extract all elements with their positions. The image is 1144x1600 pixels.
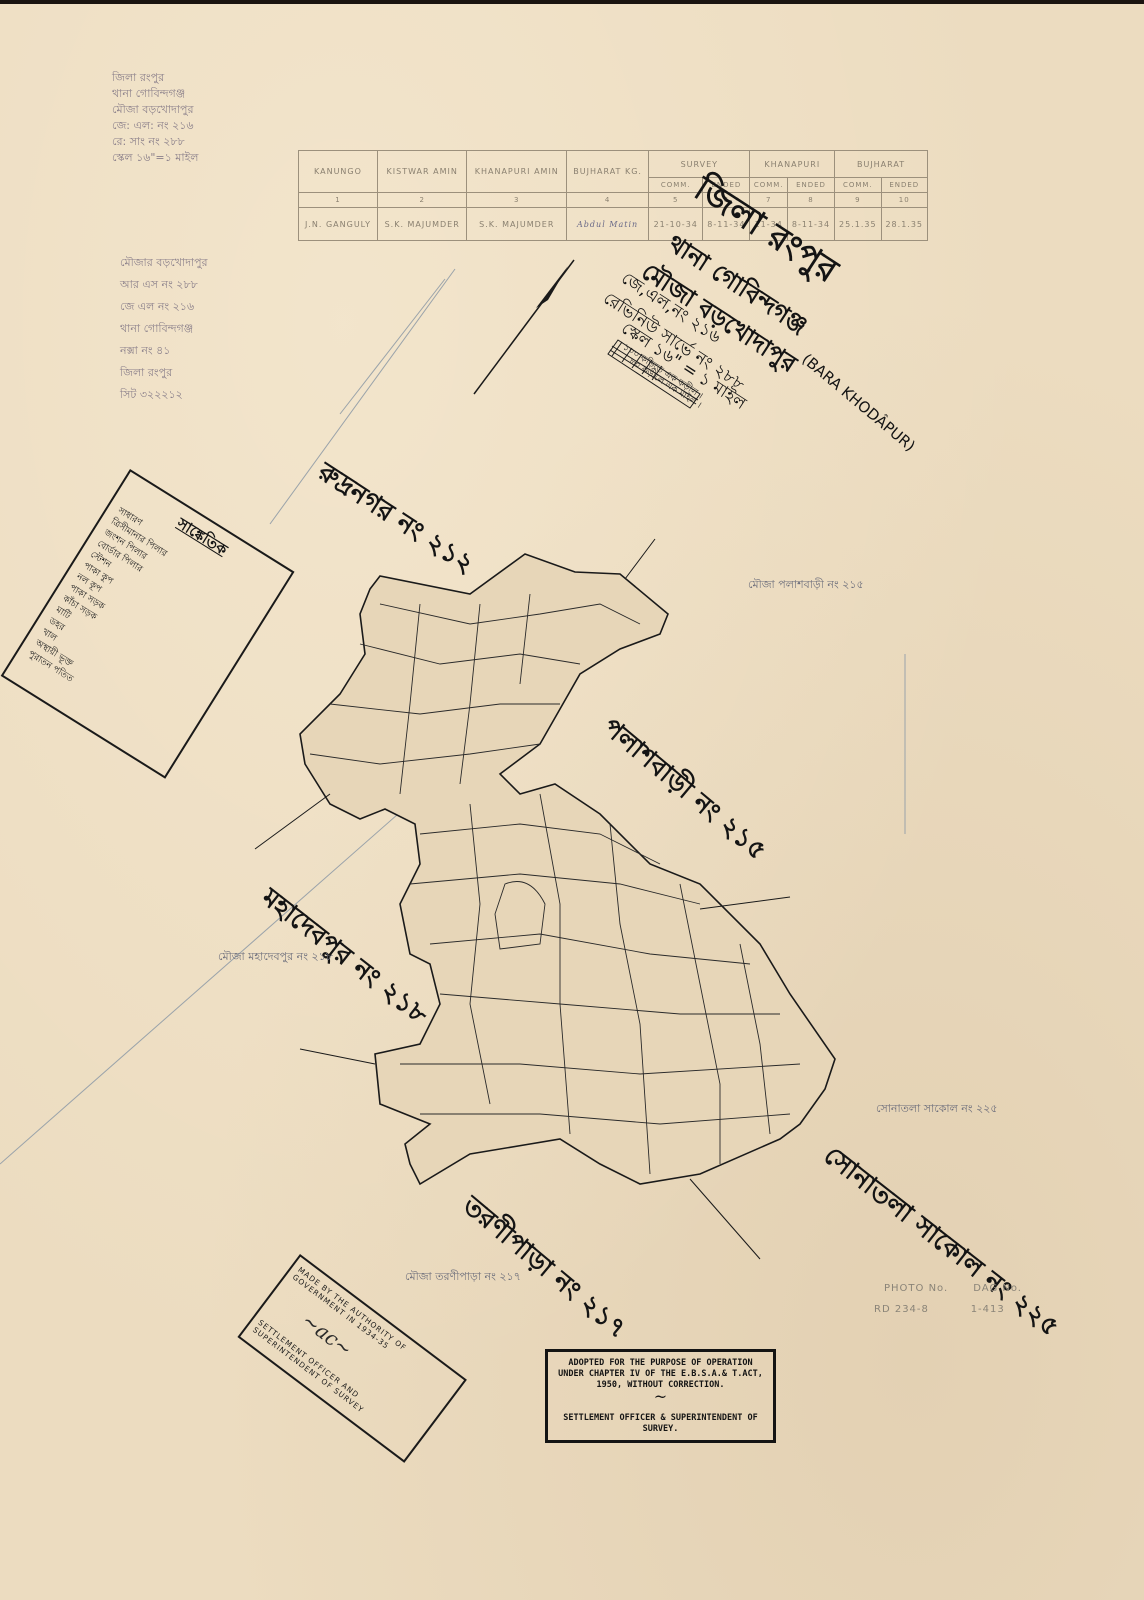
north-arrow-icon (474, 260, 574, 394)
signature: ~ (548, 1391, 773, 1413)
pencil-neighbor-note: মৌজা পলাশবাড়ী নং ২১৫ (748, 576, 864, 595)
adopted-line-2: UNDER CHAPTER IV OF THE E.B.S.A.& T.ACT, (548, 1369, 773, 1380)
pencil-neighbor-note: সোনাতলা সাকোল নং ২২৫ (876, 1100, 998, 1119)
photo-label: PHOTO No. (884, 1283, 948, 1294)
pencil-neighbor-note: মৌজা মহাদেবপুর নং ২১৮ (218, 948, 333, 967)
adopted-stamp: ADOPTED FOR THE PURPOSE OF OPERATION UND… (545, 1349, 776, 1443)
pencil-neighbor-note: মৌজা তরণীপাড়া নং ২১৭ (405, 1268, 521, 1287)
dag-label: DAG No. (973, 1283, 1022, 1294)
scale-bar-icon (608, 340, 700, 408)
photo-info: PHOTO No. DAG No. RD 234-8 1-413 (884, 1283, 1022, 1315)
adopted-line-1: ADOPTED FOR THE PURPOSE OF OPERATION (548, 1358, 773, 1369)
photo-value: RD 234-8 (874, 1304, 929, 1315)
map-sheet: জিলা রংপুর থানা গোবিন্দগঞ্জ মৌজা বড়খোদা… (0, 4, 1144, 1600)
adopted-signatory: SETTLEMENT OFFICER & SUPERINTENDENT OF S… (548, 1413, 773, 1435)
mauza-boundary (300, 554, 835, 1184)
dag-value: 1-413 (971, 1304, 1005, 1315)
